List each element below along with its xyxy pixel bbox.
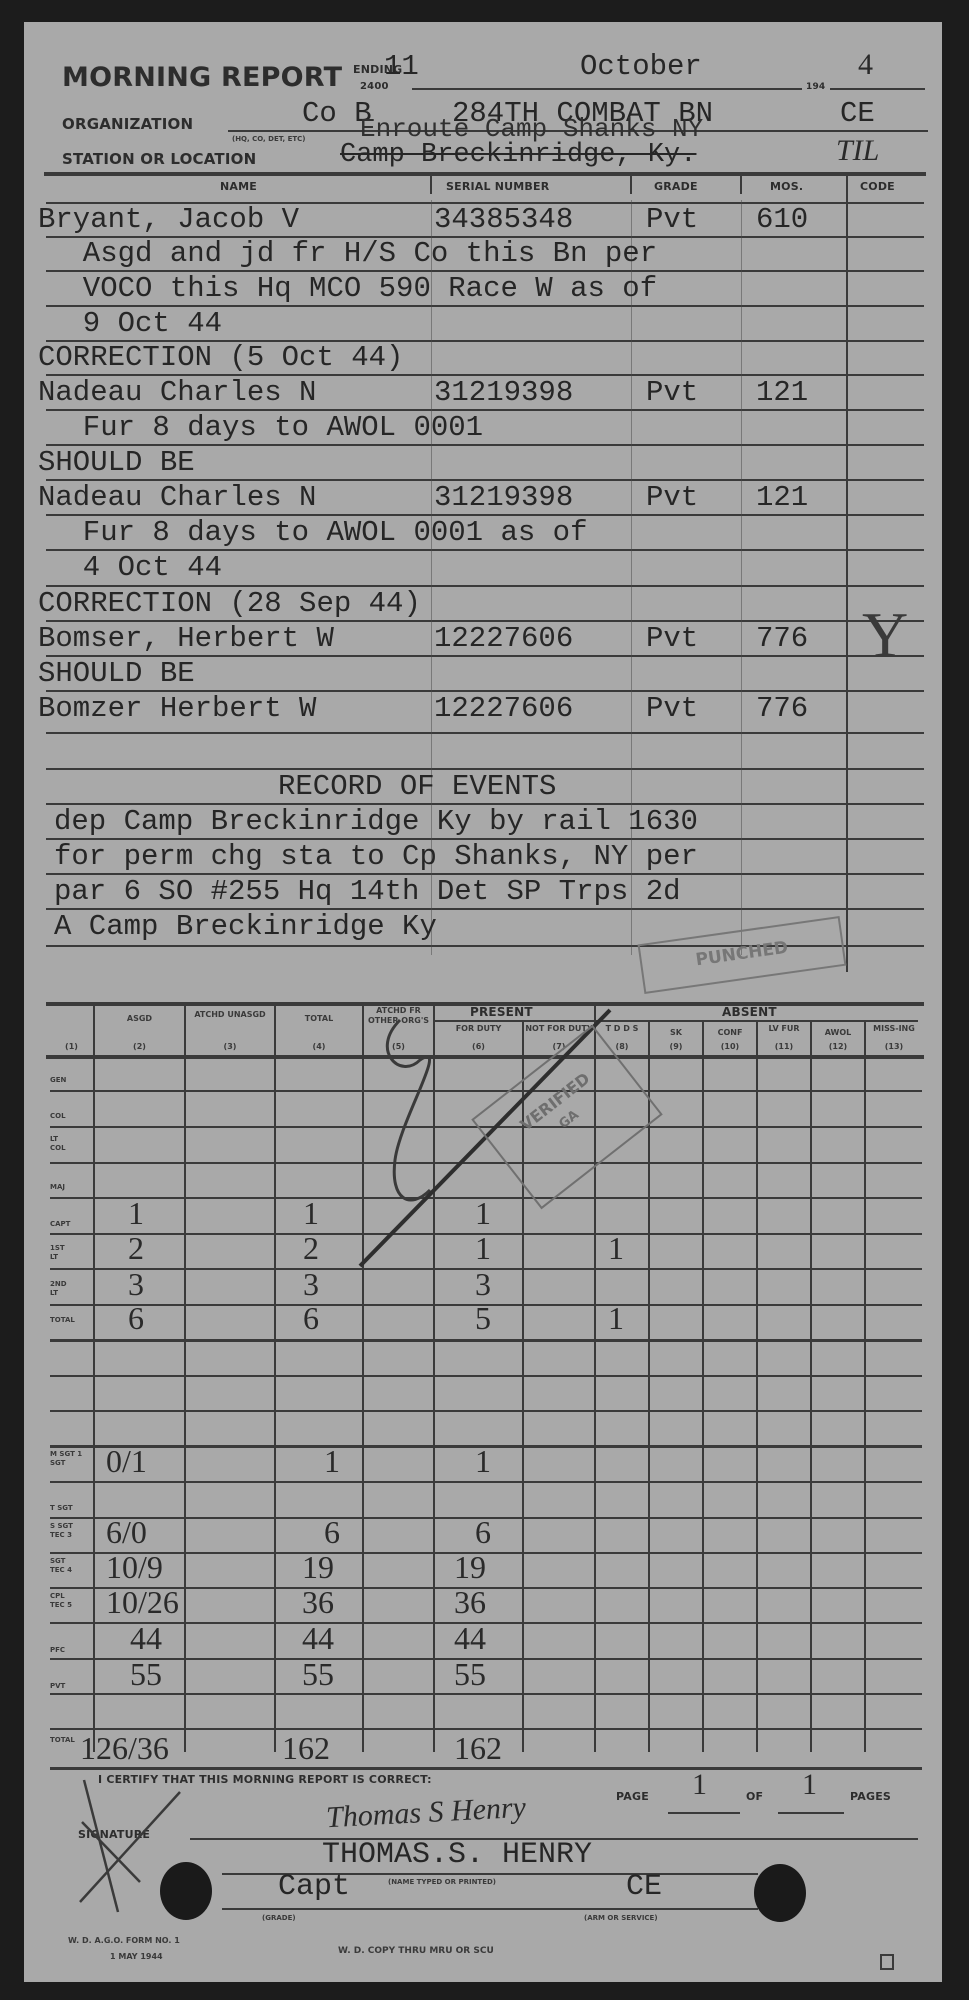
sgt-total: 19 [302,1549,334,1586]
entry-code-checkmark: Y [862,598,908,672]
name-caption: (NAME TYPED OR PRINTED) [388,1877,496,1887]
entry-serial: 34385348 [434,203,573,236]
col-header-lv-fur: LV FUR [758,1024,810,1034]
form-title: MORNING REPORT [62,62,342,93]
col-num: (3) [186,1042,274,1052]
entry-remark: 9 Oct 44 [48,307,222,340]
1st-lt-total: 2 [303,1230,319,1267]
entry-mos: 121 [756,481,808,514]
ssgt-asgd: 6/0 [106,1514,147,1551]
capt-asgd: 1 [128,1195,144,1232]
entry-grade: Pvt [646,692,698,725]
row-label-pfc: PFC [50,1646,94,1655]
entry-mos: 610 [756,203,808,236]
pfc-for-duty: 44 [454,1620,486,1657]
row-label-2nd-lt: 2ND LT [50,1280,70,1298]
event-line: A Camp Breckinridge Ky [54,910,437,943]
col-header-asgd: ASGD [95,1014,184,1024]
ssgt-total: 6 [324,1514,340,1551]
row-label-capt: CAPT [50,1220,94,1229]
correction-heading: CORRECTION (28 Sep 44) [38,587,421,620]
officer-total-total: 6 [303,1300,319,1337]
station-old: Camp Breckinridge, Ky. [340,140,696,170]
col-num: (10) [704,1042,756,1052]
station-label: STATION OR LOCATION [62,150,256,168]
sgt-asgd: 10/9 [106,1549,163,1586]
row-label-tsgt: T SGT [50,1504,94,1513]
row-label-pvt: PVT [50,1682,94,1691]
entry-grade: Pvt [646,481,698,514]
col-header-serial: SERIAL NUMBER [446,180,549,193]
form-number: W. D. A.G.O. FORM NO. 1 [68,1936,180,1946]
grade-caption: (GRADE) [262,1913,296,1923]
enlisted-total-for-duty: 162 [454,1730,502,1767]
msgt-for-duty: 1 [475,1443,491,1480]
report-day: 11 [384,50,419,83]
entry-serial: 12227606 [434,692,573,725]
pvt-asgd: 55 [130,1656,162,1693]
absent-group-header: ABSENT [722,1005,777,1019]
entry-name: Bryant, Jacob V [38,203,299,236]
col-num: (13) [866,1042,922,1052]
year-prefix: 194 [806,82,825,92]
pvt-for-duty: 55 [454,1656,486,1693]
event-line: for perm chg sta to Cp Shanks, NY per [54,840,698,873]
entry-grade: Pvt [646,203,698,236]
col-num: (9) [650,1042,702,1052]
1st-lt-asgd: 2 [128,1230,144,1267]
entry-serial: 31219398 [434,376,573,409]
enlisted-total-total: 162 [282,1730,330,1767]
organization-label: ORGANIZATION [62,115,193,133]
entry-name: Nadeau Charles N [38,376,316,409]
row-label-ssgt-tec3: S SGT TEC 3 [50,1522,86,1540]
year-suffix: 4 [858,48,873,82]
2nd-lt-total: 3 [303,1266,319,1303]
binder-hole-right [754,1864,806,1922]
entry-remark: Asgd and jd fr H/S Co this Bn per [48,237,657,270]
organization-service: CE [840,97,875,130]
col-num: (12) [812,1042,864,1052]
col-header-sk: SK [650,1028,702,1038]
entry-name: Bomzer Herbert W [38,692,316,725]
row-label-officer-total: TOTAL [50,1316,70,1325]
row-label-enlisted-total: TOTAL [50,1736,70,1745]
entry-mos: 776 [756,692,808,725]
col-num: (1) [50,1042,93,1052]
officer-total-asgd: 6 [128,1300,144,1337]
row-label-lt-col: LT COL [50,1135,70,1153]
event-line: dep Camp Breckinridge Ky by rail 1630 [54,805,698,838]
entry-grade: Pvt [646,622,698,655]
page-total: 1 [802,1768,817,1802]
handwritten-x-mark-icon [70,1772,190,1922]
of-label: OF [746,1790,763,1803]
should-be-heading: SHOULD BE [38,446,195,479]
station-initials: TIL [836,134,879,168]
form-date: 1 MAY 1944 [110,1952,163,1962]
entry-name: Nadeau Charles N [38,481,316,514]
copy-note: W. D. COPY THRU MRU OR SCU [338,1946,494,1956]
service-caption: (ARM OR SERVICE) [584,1913,658,1923]
cpl-asgd: 10/26 [106,1584,179,1621]
entry-remark: VOCO this Hq MCO 590 Race W as of [48,272,657,305]
entry-remark: Fur 8 days to AWOL 0001 as of [48,516,588,549]
correction-heading: CORRECTION (5 Oct 44) [38,341,403,374]
entry-remark: 4 Oct 44 [48,551,222,584]
entry-serial: 12227606 [434,622,573,655]
pfc-asgd: 44 [130,1620,162,1657]
entry-remark: Fur 8 days to AWOL 0001 [48,411,483,444]
should-be-heading: SHOULD BE [38,657,195,690]
grade-value: Capt [278,1870,350,1904]
row-label-maj: MAJ [50,1183,94,1192]
record-of-events-heading: RECORD OF EVENTS [278,770,556,803]
page-current: 1 [692,1768,707,1802]
page-label: PAGE [616,1790,649,1803]
col-num: (11) [758,1042,810,1052]
msgt-asgd: 0/1 [106,1443,147,1480]
col-header-code: CODE [860,180,895,193]
2nd-lt-asgd: 3 [128,1266,144,1303]
pfc-total: 44 [302,1620,334,1657]
officer-total-td-ds: 1 [608,1300,624,1337]
entry-mos: 776 [756,622,808,655]
event-line: par 6 SO #255 Hq 14th Det SP Trps 2d [54,875,681,908]
pages-label: PAGES [850,1790,891,1803]
col-num: (2) [95,1042,184,1052]
row-label-cpl-tec5: CPL TEC 5 [50,1592,80,1610]
col-header-atchd-unasgd: ATCHD UNASGD [186,1010,274,1020]
pvt-total: 55 [302,1656,334,1693]
report-month: October [580,50,702,83]
msgt-total: 1 [324,1443,340,1480]
col-header-missing: MISS-ING [866,1024,922,1034]
organization-caption: (HQ, CO, DET, ETC) [232,134,306,144]
cpl-total: 36 [302,1584,334,1621]
sgt-for-duty: 19 [454,1549,486,1586]
row-label-col: COL [50,1112,94,1121]
name-typed: THOMAS.S. HENRY [322,1838,592,1872]
row-label-1st-lt: 1ST LT [50,1244,70,1262]
col-header-grade: GRADE [654,180,698,193]
col-header-conf: CONF [704,1028,756,1038]
row-label-sgt-tec4: SGT TEC 4 [50,1557,80,1575]
entry-grade: Pvt [646,376,698,409]
officer-total-for-duty: 5 [475,1300,491,1337]
entry-serial: 31219398 [434,481,573,514]
col-header-name: NAME [220,180,257,193]
row-label-gen: GEN [50,1076,94,1085]
col-header-awol: AWOL [812,1028,864,1038]
enlisted-total-asgd: 126/36 [80,1730,169,1767]
capt-total: 1 [303,1195,319,1232]
entry-name: Bomser, Herbert W [38,622,334,655]
row-label-msgt-1sgt: M SGT 1 SGT [50,1450,86,1468]
corner-box-icon [880,1954,894,1970]
col-header-mos: MOS. [770,180,803,193]
service-value: CE [626,1870,662,1904]
ssgt-for-duty: 6 [475,1514,491,1551]
entry-mos: 121 [756,376,808,409]
cpl-for-duty: 36 [454,1584,486,1621]
